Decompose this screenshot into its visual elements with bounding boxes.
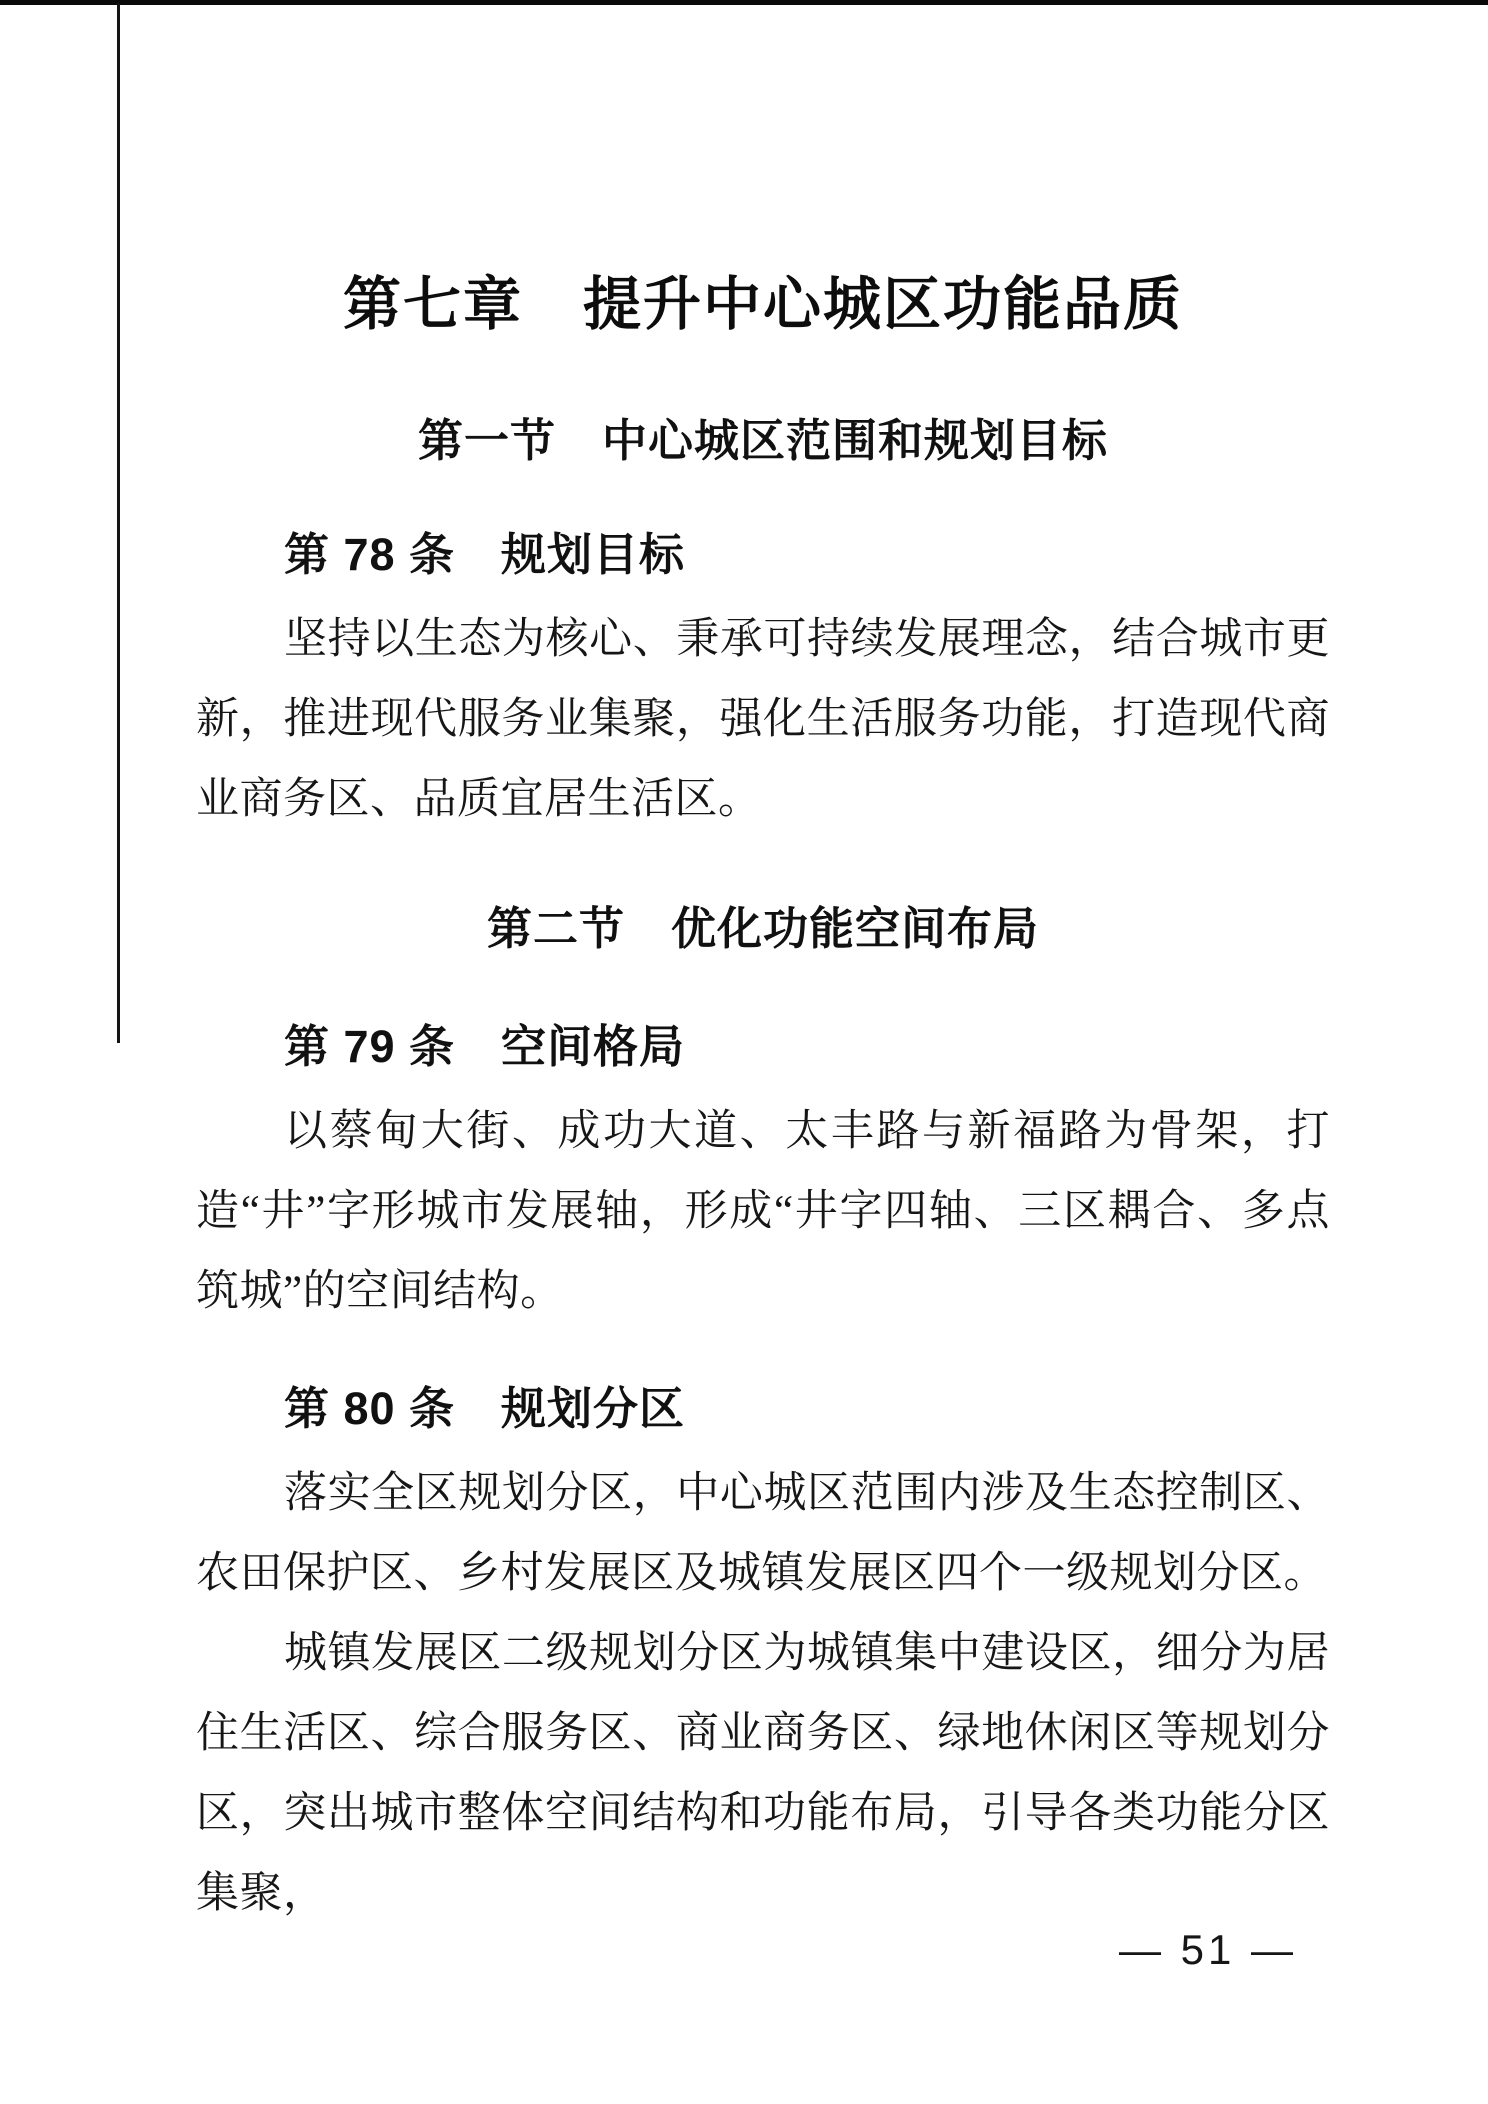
page-number: — 51 —	[1119, 1926, 1297, 1974]
article-79-body: 以蔡甸大街、成功大道、太丰路与新福路为骨架，打造“井”字形城市发展轴，形成“井字…	[196, 1092, 1330, 1332]
section-1-heading: 第一节 中心城区范围和规划目标	[196, 412, 1330, 470]
chapter-title: 第七章 提升中心城区功能品质	[196, 262, 1330, 348]
article-78-body: 坚持以生态为核心、秉承可持续发展理念，结合城市更新，推进现代服务业集聚，强化生活…	[196, 600, 1330, 840]
article-80-body-paragraph-2: 城镇发展区二级规划分区为城镇集中建设区，细分为居住生活区、综合服务区、商业商务区…	[196, 1614, 1330, 1934]
article-78-heading: 第 78 条 规划目标	[196, 526, 1330, 584]
article-79-heading: 第 79 条 空间格局	[196, 1018, 1330, 1076]
article-80-heading: 第 80 条 规划分区	[196, 1380, 1330, 1438]
document-page: 第七章 提升中心城区功能品质 第一节 中心城区范围和规划目标 第 78 条 规划…	[0, 0, 1488, 2104]
page-content: 第七章 提升中心城区功能品质 第一节 中心城区范围和规划目标 第 78 条 规划…	[196, 0, 1330, 1934]
left-scan-edge-artifact	[117, 3, 120, 1043]
section-2-heading: 第二节 优化功能空间布局	[196, 900, 1330, 958]
article-80-body-paragraph-1: 落实全区规划分区，中心城区范围内涉及生态控制区、农田保护区、乡村发展区及城镇发展…	[196, 1454, 1330, 1614]
